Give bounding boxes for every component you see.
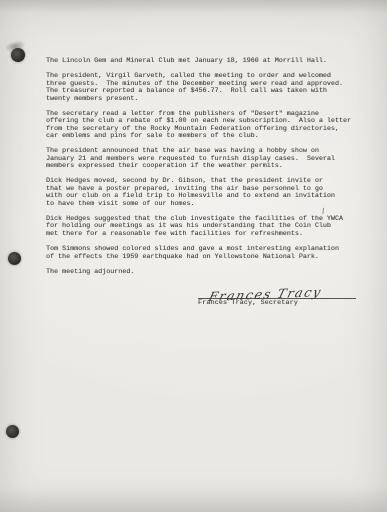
punch-hole-bottom: [6, 425, 19, 438]
punch-hole-middle: [8, 252, 21, 265]
punch-hole-top: [11, 48, 25, 62]
paragraph-ywca-suggestion: Dick Hedges suggested that the club inve…: [46, 216, 364, 239]
paragraph-secretary-letters: The secretary read a letter from the pub…: [46, 111, 364, 141]
opening-line: The Lincoln Gem and Mineral Club met Jan…: [46, 58, 364, 66]
signature-block: Frances Tracy Frances Tracy, Secretary: [198, 293, 363, 308]
paragraph-motion-field-trip: Dick Hedges moved, second by Dr. Gibson,…: [46, 178, 364, 208]
paragraph-slide-show: Tom Simmons showed colored slides and ga…: [46, 246, 364, 261]
closing-line: The meeting adjourned.: [46, 269, 364, 277]
paragraph-president-welcome: The president, Virgil Garveth, called th…: [46, 73, 364, 103]
paragraph-hobby-show: The president announced that the air bas…: [46, 148, 364, 171]
typewritten-text-block: The Lincoln Gem and Mineral Club met Jan…: [46, 58, 364, 308]
scanned-document-page: The Lincoln Gem and Mineral Club met Jan…: [0, 0, 387, 512]
